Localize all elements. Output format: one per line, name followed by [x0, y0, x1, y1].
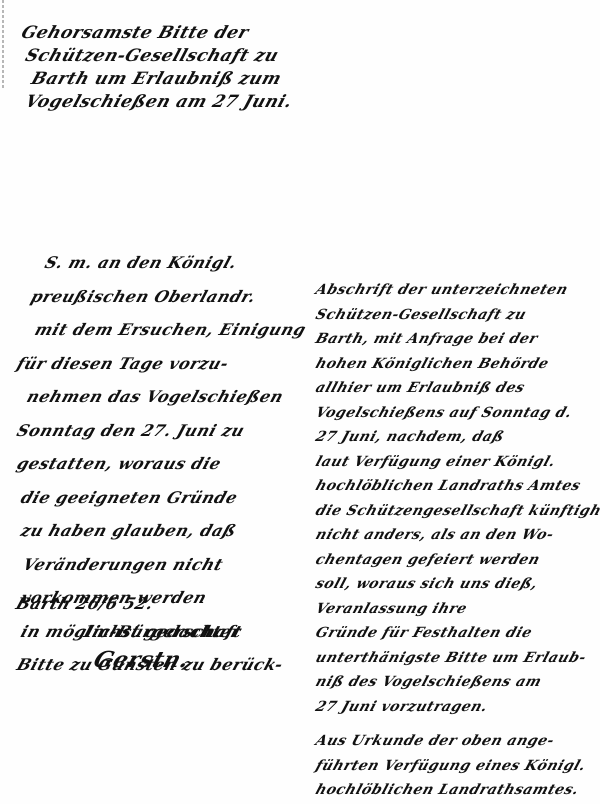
right-line: die Schützengesellschaft künftighin: [312, 499, 600, 524]
place-date: Barth 26/6 52.: [12, 590, 311, 618]
document-page: Gehorsamste Bitte der Schützen-Gesellsch…: [0, 0, 600, 804]
right-line: unterthänigste Bitte um Erlaub-: [312, 646, 600, 671]
heading-line: Barth um Erlaubniß zum: [18, 68, 305, 91]
right-line: hochlöblichen Landrathsamtes.: [312, 778, 600, 803]
right-line: führten Verfügung eines Königl.: [312, 754, 600, 779]
right-line: 27 Juni vorzutragen.: [312, 695, 600, 720]
right-line: allhier um Erlaubniß des: [312, 376, 600, 401]
right-line: Abschrift der unterzeichneten: [312, 278, 600, 303]
right-line: Veranlassung ihre: [312, 597, 600, 622]
right-line: Barth, mit Anfrage bei der: [312, 327, 600, 352]
document-heading: Gehorsamste Bitte der Schützen-Gesellsch…: [18, 22, 298, 114]
left-line: zu haben glauben, daß: [12, 514, 313, 548]
right-line: Vogelschießens auf Sonntag d.: [312, 401, 600, 426]
left-line: S. m. an den Königl.: [12, 246, 313, 280]
right-line: Aus Urkunde der oben ange-: [312, 729, 600, 754]
right-line: laut Verfügung einer Königl.: [312, 450, 600, 475]
right-line: hohen Königlichen Behörde: [312, 352, 600, 377]
left-line: preußischen Oberlandr.: [12, 280, 313, 314]
signature-block: Barth 26/6 52. Im-Bürgerschaft Gerstn.: [12, 590, 302, 674]
right-line: Gründe für Festhalten die: [312, 621, 600, 646]
right-column-text: Abschrift der unterzeichnetenSchützen-Ge…: [312, 278, 600, 803]
right-line: soll, woraus sich uns dieß,: [312, 572, 600, 597]
heading-line: Schützen-Gesellschaft zu: [18, 45, 305, 68]
right-line: niß des Vogelschießens am: [312, 670, 600, 695]
paragraph-gap: [312, 719, 600, 729]
left-line: Veränderungen nicht: [12, 548, 313, 582]
left-line: für diesen Tage vorzu-: [12, 347, 313, 381]
heading-line: Gehorsamste Bitte der: [18, 22, 305, 45]
left-line: die geeigneten Gründe: [12, 481, 313, 515]
right-line: hochlöblichen Landraths Amtes: [312, 474, 600, 499]
signature-name: Gerstn.: [12, 646, 311, 674]
left-line: gestatten, woraus die: [12, 447, 313, 481]
left-line: mit dem Ersuchen, Einigung: [12, 313, 313, 347]
left-line: Sonntag den 27. Juni zu: [12, 414, 313, 448]
scan-edge-rule: [2, 0, 4, 90]
heading-line: Vogelschießen am 27 Juni.: [18, 91, 305, 114]
right-line: nicht anders, als an den Wo-: [312, 523, 600, 548]
right-line: Schützen-Gesellschaft zu: [312, 303, 600, 328]
right-line: 27 Juni, nachdem, daß: [312, 425, 600, 450]
closing: Im-Bürgerschaft: [12, 618, 311, 646]
right-line: chentagen gefeiert werden: [312, 548, 600, 573]
left-line: nehmen das Vogelschießen: [12, 380, 313, 414]
